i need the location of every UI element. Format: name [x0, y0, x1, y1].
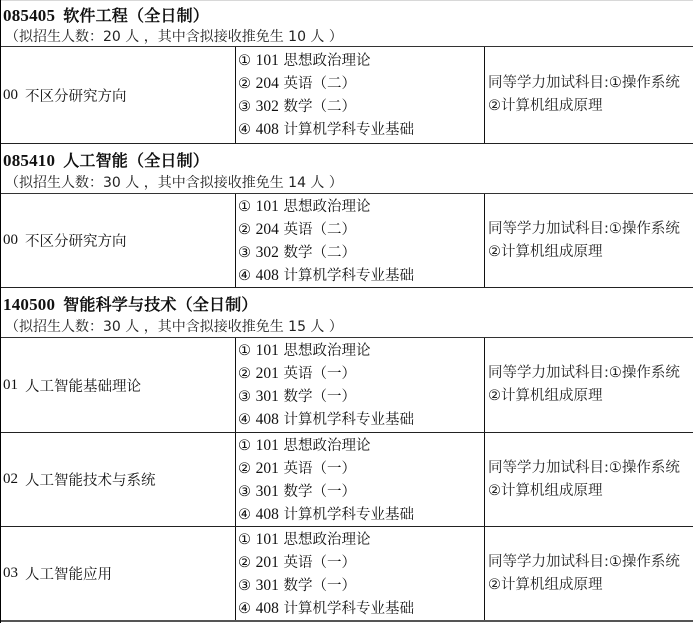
exam-subject: ② 201 英语（一）: [238, 362, 484, 385]
exam-subjects-cell: ① 101 思想政治理论 ② 201 英语（一） ③ 301 数学（一） ④ 4…: [236, 433, 485, 526]
exam-subject: ③ 302 数学（二）: [238, 241, 484, 264]
remark-line: 同等学力加试科目:①操作系统: [488, 72, 693, 95]
exam-subject: ① 101 思想政治理论: [238, 528, 484, 551]
direction-code: 00: [3, 87, 18, 104]
direction-name: 人工智能应用: [25, 563, 112, 584]
program-code: 085405: [3, 6, 55, 25]
enrollment-note: （拟招生人数：30 人 ，其中含拟接收推免生 14 人 ）: [5, 172, 343, 192]
enrollment-note: （拟招生人数：20 人 ，其中含拟接收推免生 10 人 ）: [5, 26, 343, 46]
direction-code: 03: [3, 565, 18, 582]
program-header-085410: 085410人工智能（全日制） （拟招生人数：30 人 ，其中含拟接收推免生 1…: [1, 144, 693, 194]
research-direction-cell: 00不区分研究方向: [1, 194, 236, 287]
exam-subject: ① 101 思想政治理论: [238, 195, 484, 218]
table-row: 01人工智能基础理论 ① 101 思想政治理论 ② 201 英语（一） ③ 30…: [1, 338, 693, 433]
program-code: 140500: [3, 295, 55, 314]
program-header-085405: 085405软件工程（全日制） （拟招生人数：20 人 ，其中含拟接收推免生 1…: [1, 0, 693, 47]
direction-code: 01: [3, 377, 18, 394]
remark-line: ②计算机组成原理: [488, 480, 693, 503]
direction-name: 不区分研究方向: [25, 85, 127, 106]
direction-code: 00: [3, 232, 18, 249]
program-title: 085410人工智能（全日制）: [3, 148, 209, 171]
exam-subjects-cell: ① 101 思想政治理论 ② 204 英语（二） ③ 302 数学（二） ④ 4…: [236, 194, 485, 287]
research-direction-cell: 02人工智能技术与系统: [1, 433, 236, 526]
program-code: 085410: [3, 151, 55, 170]
program-title: 085405软件工程（全日制）: [3, 3, 209, 26]
exam-subject: ④ 408 计算机学科专业基础: [238, 503, 484, 526]
remarks-cell: 同等学力加试科目:①操作系统 ②计算机组成原理: [485, 433, 693, 526]
admissions-catalog-page: 085405软件工程（全日制） （拟招生人数：20 人 ，其中含拟接收推免生 1…: [0, 0, 693, 623]
direction-name: 人工智能基础理论: [25, 375, 141, 396]
direction-name: 不区分研究方向: [25, 230, 127, 251]
program-name: 软件工程（全日制）: [63, 6, 209, 25]
table-row: 00不区分研究方向 ① 101 思想政治理论 ② 204 英语（二） ③ 302…: [1, 194, 693, 288]
research-direction-cell: 01人工智能基础理论: [1, 338, 236, 432]
exam-subject: ④ 408 计算机学科专业基础: [238, 118, 484, 141]
exam-subject: ③ 302 数学（二）: [238, 95, 484, 118]
remarks-cell: 同等学力加试科目:①操作系统 ②计算机组成原理: [485, 194, 693, 287]
exam-subject: ② 204 英语（二）: [238, 72, 484, 95]
exam-subject: ④ 408 计算机学科专业基础: [238, 597, 484, 620]
remark-line: ②计算机组成原理: [488, 385, 693, 408]
exam-subject: ③ 301 数学（一）: [238, 480, 484, 503]
exam-subject: ② 204 英语（二）: [238, 218, 484, 241]
exam-subject: ① 101 思想政治理论: [238, 434, 484, 457]
remark-line: ②计算机组成原理: [488, 574, 693, 597]
exam-subjects-cell: ① 101 思想政治理论 ② 204 英语（二） ③ 302 数学（二） ④ 4…: [236, 47, 485, 143]
table-row: 00不区分研究方向 ① 101 思想政治理论 ② 204 英语（二） ③ 302…: [1, 47, 693, 144]
table-row: 03人工智能应用 ① 101 思想政治理论 ② 201 英语（一） ③ 301 …: [1, 527, 693, 622]
remarks-cell: 同等学力加试科目:①操作系统 ②计算机组成原理: [485, 338, 693, 432]
remark-line: 同等学力加试科目:①操作系统: [488, 457, 693, 480]
exam-subject: ③ 301 数学（一）: [238, 385, 484, 408]
program-title: 140500智能科学与技术（全日制）: [3, 292, 258, 315]
exam-subject: ① 101 思想政治理论: [238, 339, 484, 362]
research-direction-cell: 00不区分研究方向: [1, 47, 236, 143]
direction-code: 02: [3, 471, 18, 488]
remark-line: 同等学力加试科目:①操作系统: [488, 362, 693, 385]
table-row: 02人工智能技术与系统 ① 101 思想政治理论 ② 201 英语（一） ③ 3…: [1, 433, 693, 527]
remarks-cell: 同等学力加试科目:①操作系统 ②计算机组成原理: [485, 47, 693, 143]
exam-subject: ① 101 思想政治理论: [238, 49, 484, 72]
remark-line: 同等学力加试科目:①操作系统: [488, 218, 693, 241]
enrollment-note: （拟招生人数：30 人 ，其中含拟接收推免生 15 人 ）: [5, 316, 343, 336]
direction-name: 人工智能技术与系统: [25, 469, 156, 490]
program-header-140500: 140500智能科学与技术（全日制） （拟招生人数：30 人 ，其中含拟接收推免…: [1, 288, 693, 338]
exam-subjects-cell: ① 101 思想政治理论 ② 201 英语（一） ③ 301 数学（一） ④ 4…: [236, 527, 485, 620]
remark-line: 同等学力加试科目:①操作系统: [488, 551, 693, 574]
exam-subject: ② 201 英语（一）: [238, 457, 484, 480]
research-direction-cell: 03人工智能应用: [1, 527, 236, 620]
remark-line: ②计算机组成原理: [488, 241, 693, 264]
exam-subject: ④ 408 计算机学科专业基础: [238, 408, 484, 431]
remarks-cell: 同等学力加试科目:①操作系统 ②计算机组成原理: [485, 527, 693, 620]
exam-subject: ② 201 英语（一）: [238, 551, 484, 574]
program-name: 人工智能（全日制）: [63, 151, 209, 170]
exam-subject: ④ 408 计算机学科专业基础: [238, 264, 484, 287]
remark-line: ②计算机组成原理: [488, 95, 693, 118]
exam-subject: ③ 301 数学（一）: [238, 574, 484, 597]
program-name: 智能科学与技术（全日制）: [63, 295, 257, 314]
exam-subjects-cell: ① 101 思想政治理论 ② 201 英语（一） ③ 301 数学（一） ④ 4…: [236, 338, 485, 432]
